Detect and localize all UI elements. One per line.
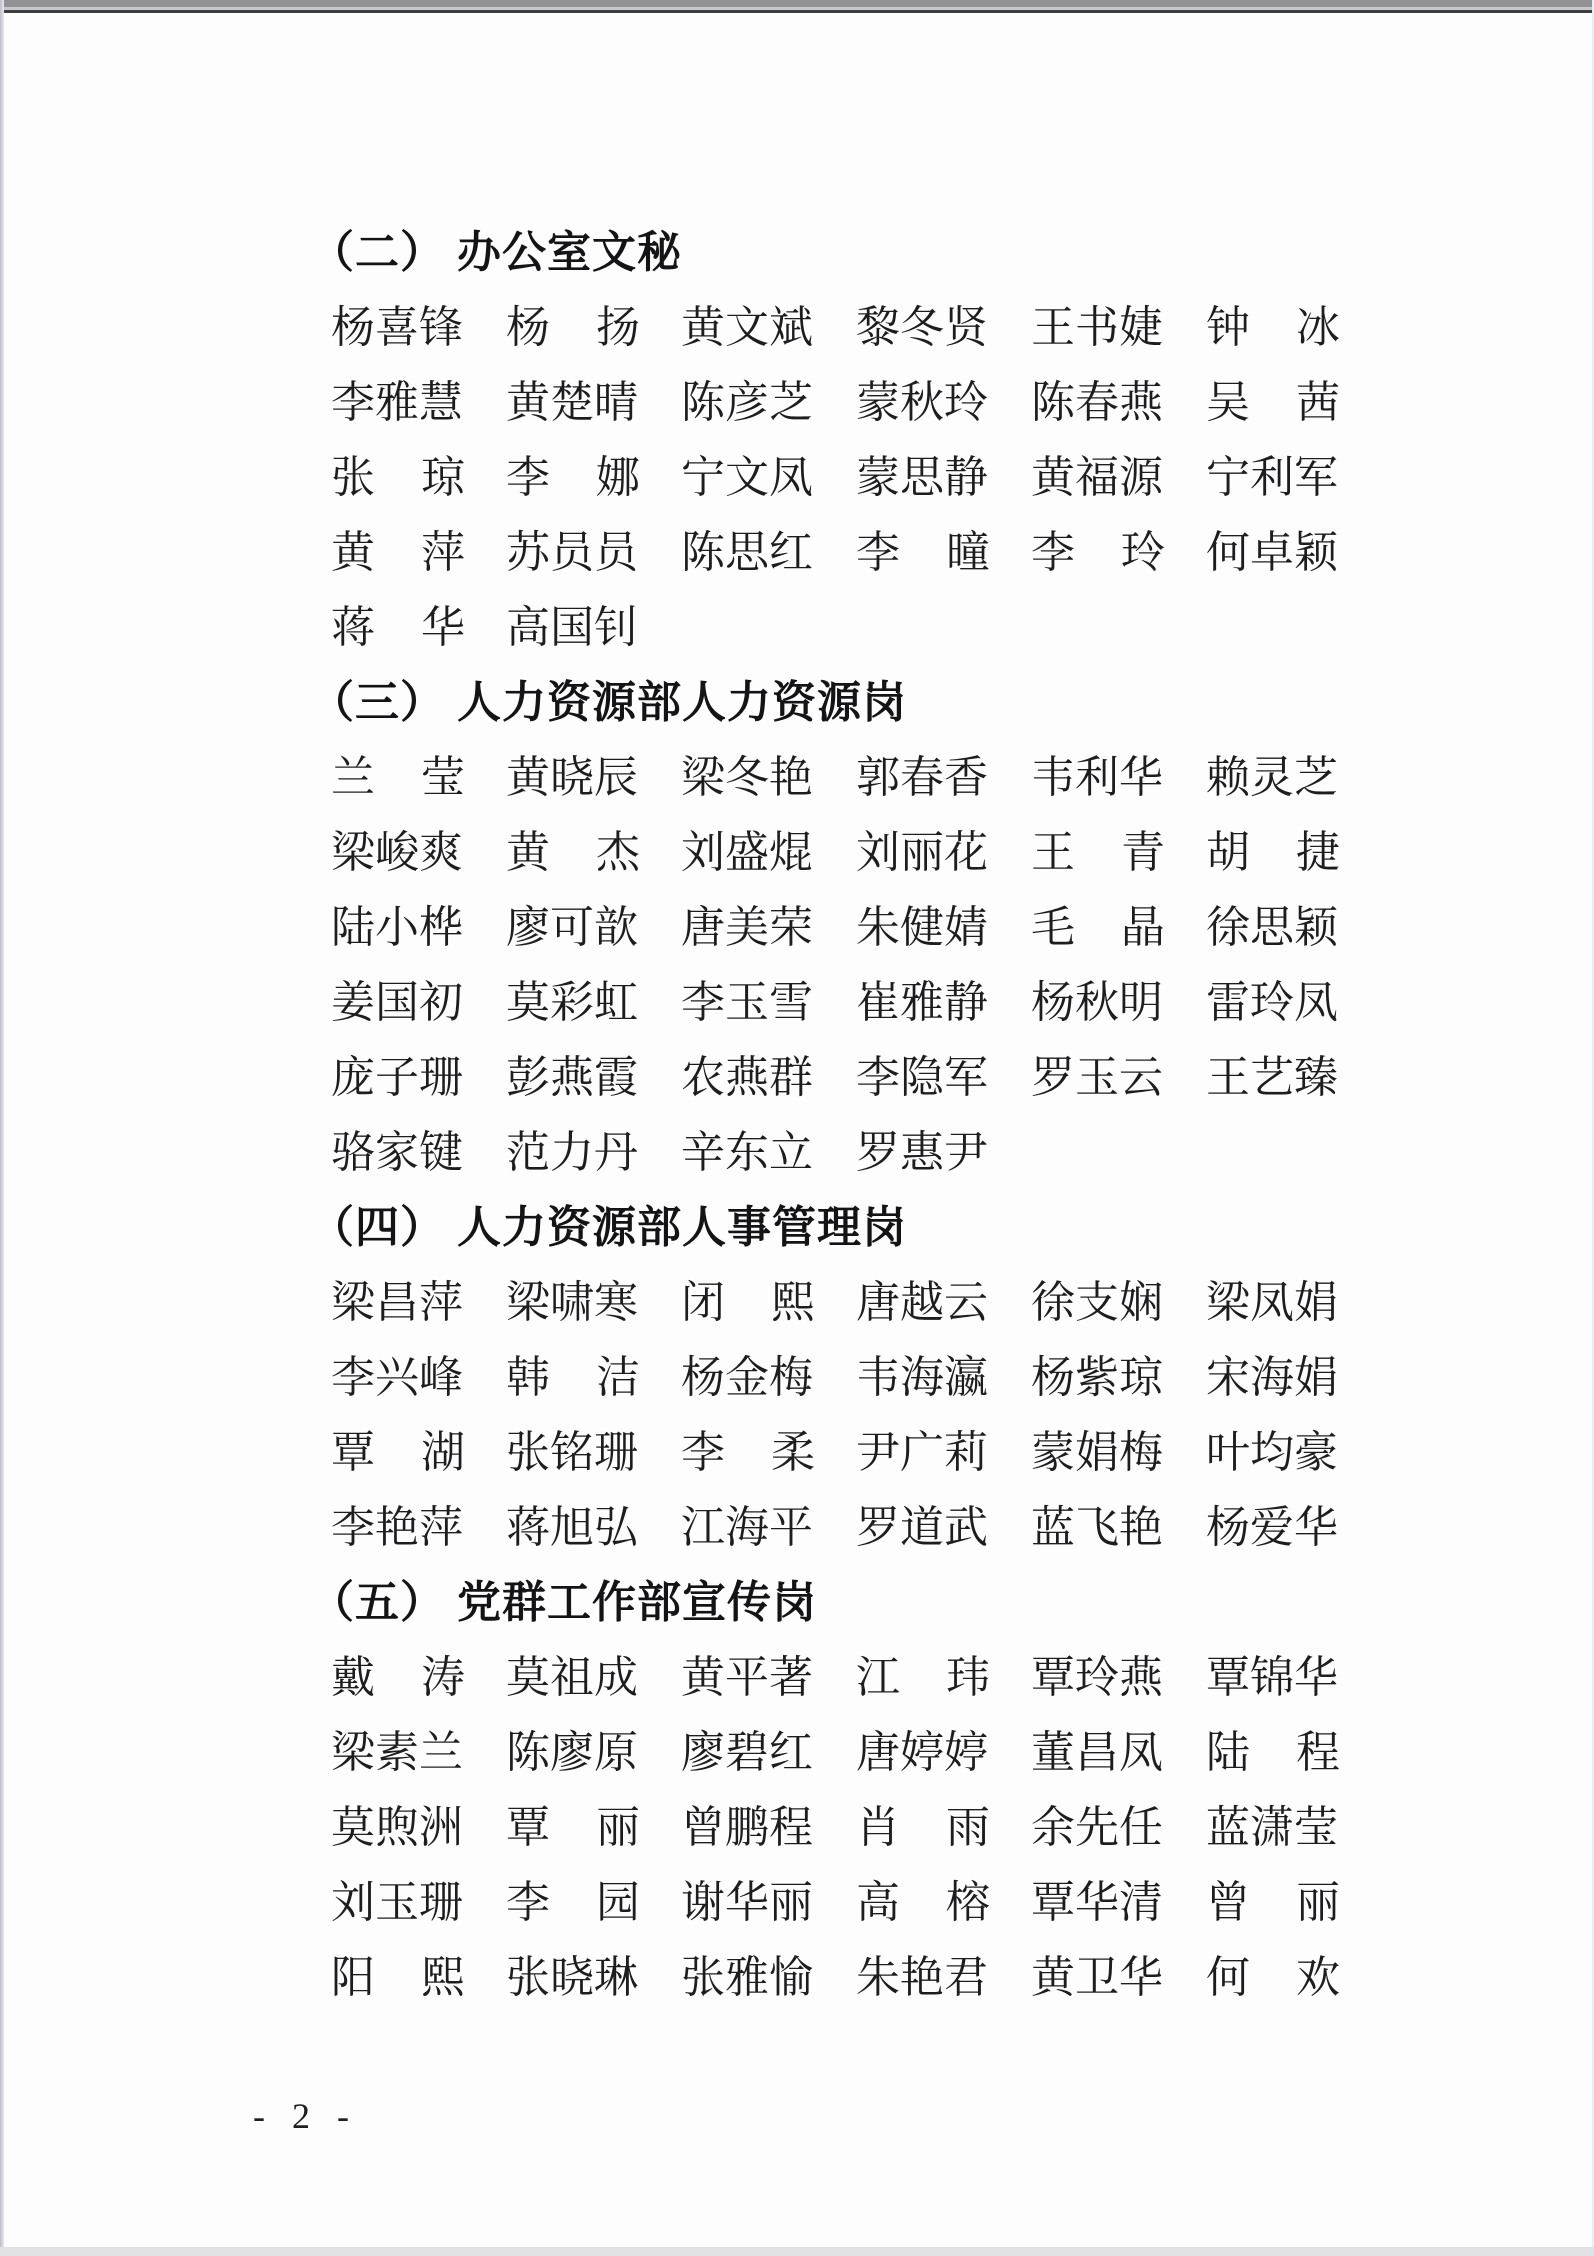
person-name: 杨爱华 [1206,1491,1340,1555]
person-name: 廖可歆 [506,891,640,955]
person-name: 覃湖 [331,1416,465,1480]
person-name: 张铭珊 [506,1416,640,1480]
name-char: 玲 [1121,516,1165,580]
person-name: 韦海瀛 [856,1341,990,1405]
section-marker: （二） [310,216,445,280]
person-name: 梁啸寒 [506,1266,640,1330]
person-name: 韩洁 [506,1341,640,1405]
name-char: 熙 [421,1941,465,2005]
person-name: 覃锦华 [1206,1641,1340,1705]
name-char: 华 [421,591,465,655]
person-name: 刘盛焜 [681,816,815,880]
person-name: 蓝飞艳 [1031,1491,1165,1555]
name-char: 丽 [1296,1866,1340,1930]
name-row: 梁素兰陈廖原廖碧红唐婷婷董昌凤陆程 [331,1710,1340,1785]
person-name: 蓝潇莹 [1206,1791,1340,1855]
person-name: 刘丽花 [856,816,990,880]
name-char: 李 [681,1416,725,1480]
person-name: 罗惠尹 [856,1116,990,1180]
person-name: 李隐军 [856,1041,990,1105]
name-char: 娜 [596,441,640,505]
person-name: 杨喜锋 [331,291,465,355]
name-char: 戴 [331,1641,375,1705]
person-name: 蒙秋玲 [856,366,990,430]
name-char: 柔 [771,1416,815,1480]
person-name: 陆程 [1206,1716,1340,1780]
name-char: 丽 [596,1791,640,1855]
person-name: 黄楚晴 [506,366,640,430]
name-char: 洁 [596,1341,640,1405]
person-name: 黄文斌 [681,291,815,355]
person-name: 黄平著 [681,1641,815,1705]
person-name: 梁峻爽 [331,816,465,880]
person-name: 张雅愉 [681,1941,815,2005]
name-char: 高 [856,1866,900,1930]
person-name: 雷玲凤 [1206,966,1340,1030]
name-char: 陆 [1206,1716,1250,1780]
person-name: 朱健婧 [856,891,990,955]
person-name: 刘玉珊 [331,1866,465,1930]
name-char: 涛 [421,1641,465,1705]
person-name: 何欢 [1206,1941,1340,2005]
name-row: 张琼李娜宁文凤蒙思静黄福源宁利军 [331,435,1340,510]
person-name: 陈春燕 [1031,366,1165,430]
person-name: 姜国初 [331,966,465,1030]
name-char: 榕 [946,1866,990,1930]
person-name: 李雅慧 [331,366,465,430]
section-heading: （五）党群工作部宣传岗 [310,1560,1340,1635]
person-name: 罗道武 [856,1491,990,1555]
name-char: 李 [506,441,550,505]
name-char: 雨 [946,1791,990,1855]
name-char: 曈 [946,516,990,580]
person-name: 辛东立 [681,1116,815,1180]
name-row: 覃湖张铭珊李柔尹广莉蒙娟梅叶均豪 [331,1410,1340,1485]
name-char: 冰 [1296,291,1340,355]
person-name: 黎冬贤 [856,291,990,355]
person-name: 李娜 [506,441,640,505]
name-row: 李艳萍蒋旭弘江海平罗道武蓝飞艳杨爱华 [331,1485,1340,1560]
person-name: 蒙娟梅 [1031,1416,1165,1480]
person-name: 黄萍 [331,516,465,580]
person-name: 罗玉云 [1031,1041,1165,1105]
name-char: 杨 [506,291,550,355]
person-name: 宋海娟 [1206,1341,1340,1405]
person-name: 张晓琳 [506,1941,640,2005]
name-char: 湖 [421,1416,465,1480]
name-char: 吴 [1206,366,1250,430]
section-heading: （二）办公室文秘 [310,210,1340,285]
name-row: 蒋华高国钊 [331,585,1340,660]
name-char: 江 [856,1641,900,1705]
name-row: 兰莹黄晓辰梁冬艳郭春香韦利华赖灵芝 [331,735,1340,810]
person-name: 兰莹 [331,741,465,805]
name-char: 李 [506,1866,550,1930]
person-name: 崔雅静 [856,966,990,1030]
name-row: 庞子珊彭燕霞农燕群李隐军罗玉云王艺臻 [331,1035,1340,1110]
person-name: 唐美荣 [681,891,815,955]
person-name: 陈彦芝 [681,366,815,430]
person-name: 唐越云 [856,1266,990,1330]
name-char: 李 [1031,516,1075,580]
person-name: 朱艳君 [856,1941,990,2005]
person-name: 王书婕 [1031,291,1165,355]
section-marker: （四） [310,1191,445,1255]
person-name: 陆小桦 [331,891,465,955]
person-name: 彭燕霞 [506,1041,640,1105]
person-name: 叶均豪 [1206,1416,1340,1480]
person-name: 梁昌萍 [331,1266,465,1330]
name-row: 莫煦洲覃丽曾鹏程肖雨余先任蓝潇莹 [331,1785,1340,1860]
person-name: 李园 [506,1866,640,1930]
person-name: 陈思红 [681,516,815,580]
name-char: 程 [1296,1716,1340,1780]
person-name: 覃丽 [506,1791,640,1855]
name-char: 莹 [421,741,465,805]
name-char: 张 [331,441,375,505]
person-name: 高榕 [856,1866,990,1930]
name-char: 玮 [946,1641,990,1705]
person-name: 廖碧红 [681,1716,815,1780]
person-name: 肖雨 [856,1791,990,1855]
name-char: 李 [856,516,900,580]
person-name: 范力丹 [506,1116,640,1180]
person-name: 王青 [1031,816,1165,880]
name-char: 肖 [856,1791,900,1855]
name-char: 兰 [331,741,375,805]
name-char: 闭 [681,1266,725,1330]
person-name: 梁冬艳 [681,741,815,805]
person-name: 吴茜 [1206,366,1340,430]
name-row: 戴涛莫祖成黄平著江玮覃玲燕覃锦华 [331,1635,1340,1710]
person-name: 赖灵芝 [1206,741,1340,805]
name-row: 李兴峰韩洁杨金梅韦海瀛杨紫琼宋海娟 [331,1335,1340,1410]
person-name: 徐支娴 [1031,1266,1165,1330]
person-name: 宁文凤 [681,441,815,505]
name-char: 韩 [506,1341,550,1405]
name-char: 阳 [331,1941,375,2005]
name-char: 王 [1031,816,1075,880]
person-name: 梁凤娟 [1206,1266,1340,1330]
section-title: 人力资源部人力资源岗 [457,666,907,730]
name-char: 毛 [1031,891,1075,955]
person-name: 莫煦洲 [331,1791,465,1855]
name-char: 晶 [1121,891,1165,955]
name-char: 覃 [506,1791,550,1855]
section-heading: （四）人力资源部人事管理岗 [310,1185,1340,1260]
name-char: 曾 [1206,1866,1250,1930]
person-name: 何卓颖 [1206,516,1340,580]
person-name: 韦利华 [1031,741,1165,805]
name-row: 陆小桦廖可歆唐美荣朱健婧毛晶徐思颖 [331,885,1340,960]
section-heading: （三）人力资源部人力资源岗 [310,660,1340,735]
scanned-document-page: （二）办公室文秘杨喜锋杨扬黄文斌黎冬贤王书婕钟冰李雅慧黄楚晴陈彦芝蒙秋玲陈春燕吴… [0,0,1594,2256]
person-name: 李兴峰 [331,1341,465,1405]
person-name: 庞子珊 [331,1041,465,1105]
person-name: 黄福源 [1031,441,1165,505]
scan-edge-top [0,0,1594,13]
name-row: 李雅慧黄楚晴陈彦芝蒙秋玲陈春燕吴茜 [331,360,1340,435]
person-name: 骆家键 [331,1116,465,1180]
person-name: 梁素兰 [331,1716,465,1780]
person-name: 阳熙 [331,1941,465,2005]
person-name: 蒋华 [331,591,465,655]
person-name: 李玉雪 [681,966,815,1030]
person-name: 莫祖成 [506,1641,640,1705]
person-name: 黄卫华 [1031,1941,1165,2005]
name-char: 黄 [331,516,375,580]
name-row: 阳熙张晓琳张雅愉朱艳君黄卫华何欢 [331,1935,1340,2010]
person-name: 徐思颖 [1206,891,1340,955]
name-char: 扬 [596,291,640,355]
scan-edge-left [0,0,4,2256]
person-name: 覃华清 [1031,1866,1165,1930]
person-name: 张琼 [331,441,465,505]
name-char: 茜 [1296,366,1340,430]
name-char: 青 [1121,816,1165,880]
name-char: 钟 [1206,291,1250,355]
name-row: 姜国初莫彩虹李玉雪崔雅静杨秋明雷玲凤 [331,960,1340,1035]
person-name: 李曈 [856,516,990,580]
name-row: 骆家键范力丹辛东立罗惠尹 [331,1110,1340,1185]
person-name: 杨秋明 [1031,966,1165,1030]
person-name: 黄杰 [506,816,640,880]
name-char: 胡 [1206,816,1250,880]
person-name: 曾丽 [1206,1866,1340,1930]
name-row: 刘玉珊李园谢华丽高榕覃华清曾丽 [331,1860,1340,1935]
scan-edge-bottom [0,2247,1594,2256]
person-name: 谢华丽 [681,1866,815,1930]
name-row: 梁昌萍梁啸寒闭熙唐越云徐支娴梁凤娟 [331,1260,1340,1335]
name-char: 覃 [331,1416,375,1480]
name-char: 捷 [1296,816,1340,880]
person-name: 黄晓辰 [506,741,640,805]
person-name: 杨金梅 [681,1341,815,1405]
person-name: 余先任 [1031,1791,1165,1855]
name-char: 蒋 [331,591,375,655]
person-name: 李玲 [1031,516,1165,580]
person-name: 江玮 [856,1641,990,1705]
person-name: 唐婷婷 [856,1716,990,1780]
person-name: 郭春香 [856,741,990,805]
person-name: 戴涛 [331,1641,465,1705]
person-name: 苏员员 [506,516,640,580]
name-row: 梁峻爽黄杰刘盛焜刘丽花王青胡捷 [331,810,1340,885]
person-name: 董昌凤 [1031,1716,1165,1780]
section-marker: （五） [310,1566,445,1630]
name-row: 黄萍苏员员陈思红李曈李玲何卓颖 [331,510,1340,585]
name-row: 杨喜锋杨扬黄文斌黎冬贤王书婕钟冰 [331,285,1340,360]
name-char: 杰 [596,816,640,880]
person-name: 尹广莉 [856,1416,990,1480]
person-name: 高国钊 [506,591,640,655]
name-char: 园 [596,1866,640,1930]
person-name: 农燕群 [681,1041,815,1105]
section-title: 办公室文秘 [457,216,682,280]
page-number: - 2 - [253,2095,358,2137]
person-name: 蒙思静 [856,441,990,505]
name-char: 欢 [1296,1941,1340,2005]
person-name: 覃玲燕 [1031,1641,1165,1705]
person-name: 杨扬 [506,291,640,355]
name-char: 黄 [506,816,550,880]
name-char: 琼 [421,441,465,505]
person-name: 胡捷 [1206,816,1340,880]
person-name: 杨紫琼 [1031,1341,1165,1405]
person-name: 毛晶 [1031,891,1165,955]
section-marker: （三） [310,666,445,730]
name-char: 何 [1206,1941,1250,2005]
person-name: 闭熙 [681,1266,815,1330]
person-name: 曾鹏程 [681,1791,815,1855]
person-name: 陈廖原 [506,1716,640,1780]
person-name: 蒋旭弘 [506,1491,640,1555]
section-title: 人力资源部人事管理岗 [457,1191,907,1255]
person-name: 王艺臻 [1206,1041,1340,1105]
person-name: 钟冰 [1206,291,1340,355]
name-char: 萍 [421,516,465,580]
person-name: 莫彩虹 [506,966,640,1030]
section-title: 党群工作部宣传岗 [457,1566,817,1630]
person-name: 江海平 [681,1491,815,1555]
document-body: （二）办公室文秘杨喜锋杨扬黄文斌黎冬贤王书婕钟冰李雅慧黄楚晴陈彦芝蒙秋玲陈春燕吴… [331,210,1340,2010]
person-name: 李柔 [681,1416,815,1480]
name-char: 熙 [771,1266,815,1330]
person-name: 宁利军 [1206,441,1340,505]
person-name: 李艳萍 [331,1491,465,1555]
